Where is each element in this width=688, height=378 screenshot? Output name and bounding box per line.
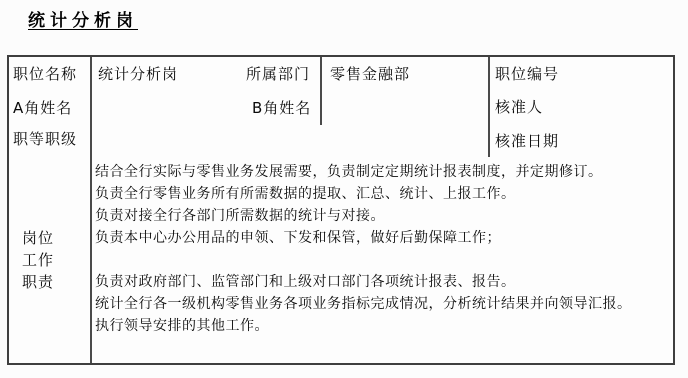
divider-department-column [320,57,322,125]
position-name-label: 职位名称 [13,66,77,82]
job-description-table: 职位名称 统计分析岗 所属部门 零售金融部 职位编号 A角姓名 B角姓名 核准人… [7,55,675,365]
divider-labels-column [90,57,92,363]
duties-header-label: 岗位 工作 职责 [22,227,54,293]
position-name-value: 统计分析岗 [98,66,178,82]
duties-text-block: 结合全行实际与零售业务发展需要，负责制定定期统计报表制度，并定期修订。 负责全行… [95,161,670,337]
department-label: 所属部门 [246,66,310,82]
duties-label-line-1: 岗位 [22,227,54,249]
duty-line: 负责对接全行各部门所需数据的统计与对接。 [95,205,670,227]
position-code-label: 职位编号 [495,66,559,82]
duties-label-line-3: 职责 [22,271,54,293]
approval-date-label: 核准日期 [495,133,559,149]
job-grade-label: 职等职级 [13,131,77,147]
department-value: 零售金融部 [330,66,410,82]
role-b-name-label: B角姓名 [252,100,311,116]
divider-right-column [488,57,490,157]
page-title: 统计分析岗 [28,6,138,31]
duties-label-line-2: 工作 [22,249,54,271]
duty-line-blank [95,249,670,271]
duty-line: 负责本中心办公用品的申领、下发和保管，做好后勤保障工作； [95,227,670,249]
duty-line: 负责对政府部门、监管部门和上级对口部门各项统计报表、报告。 [95,271,670,293]
approver-label: 核准人 [495,99,543,115]
duty-line: 统计全行各一级机构零售业务各项业务指标完成情况，分析统计结果并向领导汇报。 [95,293,670,315]
duty-line: 结合全行实际与零售业务发展需要，负责制定定期统计报表制度，并定期修订。 [95,161,670,183]
duty-line: 负责全行零售业务所有所需数据的提取、汇总、统计、上报工作。 [95,183,670,205]
role-a-name-label: A角姓名 [13,100,72,116]
duty-line: 执行领导安排的其他工作。 [95,315,670,337]
